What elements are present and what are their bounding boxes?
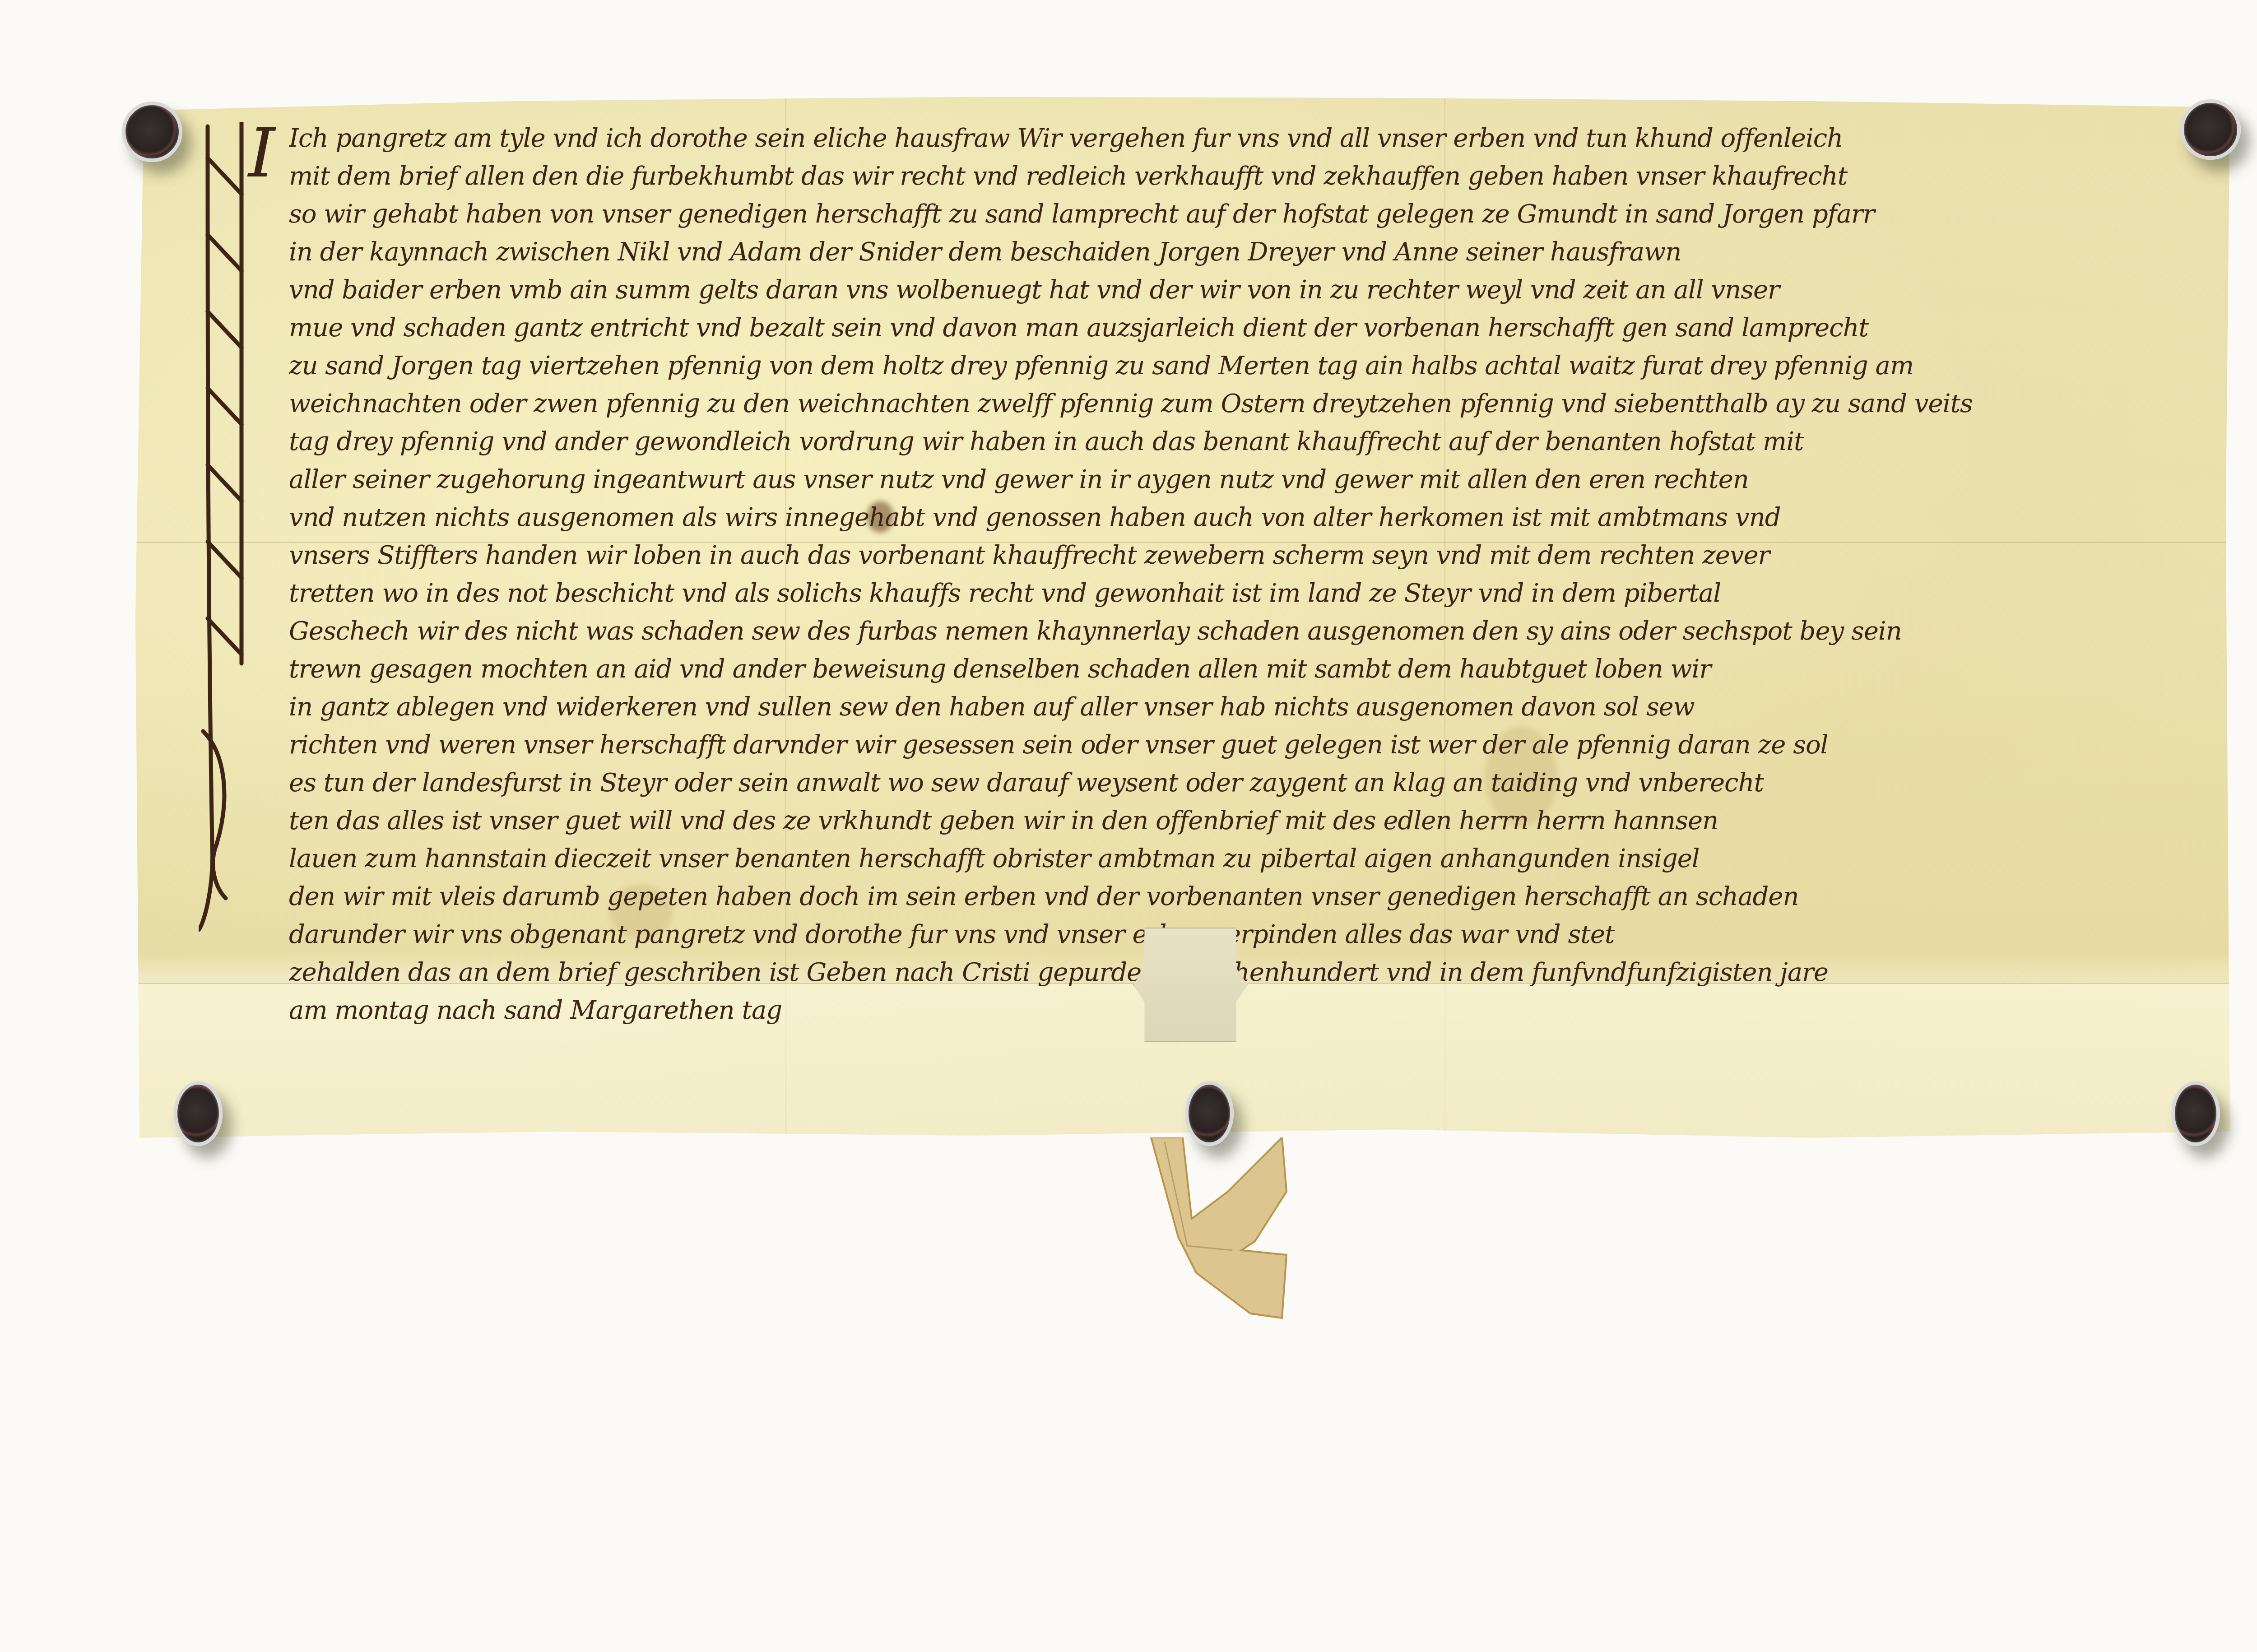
text-line: am montag nach sand Margarethen tag bbox=[289, 992, 2207, 1030]
scan-scene: I Ich pangretz am tyle vnd ich dorothe s… bbox=[0, 0, 2257, 1652]
mounting-pin-icon bbox=[1185, 1081, 1234, 1146]
text-line: weichnachten oder zwen pfennig zu den we… bbox=[289, 385, 2207, 423]
mounting-pin-icon bbox=[174, 1081, 223, 1146]
seal-ribbon-icon bbox=[1138, 1137, 1327, 1327]
text-line: den wir mit vleis darumb gepeten haben d… bbox=[289, 878, 2207, 916]
text-line: ten das alles ist vnser guet will vnd de… bbox=[289, 802, 2207, 840]
text-line: richten vnd weren vnser herschafft darvn… bbox=[289, 726, 2207, 764]
text-line: mue vnd schaden gantz entricht vnd bezal… bbox=[289, 309, 2207, 347]
text-line: in der kaynnach zwischen Nikl vnd Adam d… bbox=[289, 233, 2207, 271]
text-line: tretten wo in des not beschicht vnd als … bbox=[289, 575, 2207, 613]
text-line: trewn gesagen mochten an aid vnd ander b… bbox=[289, 650, 2207, 688]
text-line: vnd baider erben vmb ain summ gelts dara… bbox=[289, 271, 2207, 309]
mounting-pin-icon bbox=[2171, 1081, 2220, 1146]
mounting-pin-icon bbox=[122, 102, 182, 162]
seal-tag bbox=[1133, 928, 1248, 1042]
text-line: Ich pangretz am tyle vnd ich dorothe sei… bbox=[289, 120, 2207, 158]
decorated-initial: I bbox=[248, 120, 275, 187]
mounting-pin-icon bbox=[2180, 99, 2241, 160]
text-line: in gantz ablegen vnd widerkeren vnd sull… bbox=[289, 688, 2207, 726]
text-line: so wir gehabt haben von vnser genedigen … bbox=[289, 195, 2207, 233]
text-line: tag drey pfennig vnd ander gewondleich v… bbox=[289, 423, 2207, 461]
text-line: zu sand Jorgen tag viertzehen pfennig vo… bbox=[289, 347, 2207, 385]
text-line: aller seiner zugehorung ingeantwurt aus … bbox=[289, 461, 2207, 499]
text-line: lauen zum hannstain dieczeit vnser benan… bbox=[289, 840, 2207, 878]
text-line: es tun der landesfurst in Steyr oder sei… bbox=[289, 764, 2207, 802]
text-line: vnsers Stiffters handen wir loben in auc… bbox=[289, 537, 2207, 575]
text-line: vnd nutzen nichts ausgenomen als wirs in… bbox=[289, 499, 2207, 537]
text-line: zehalden das an dem brief geschriben ist… bbox=[289, 954, 2207, 992]
charter-text: I Ich pangretz am tyle vnd ich dorothe s… bbox=[289, 120, 2207, 1030]
text-line: mit dem brief allen den die furbekhumbt … bbox=[289, 158, 2207, 195]
text-line: Geschech wir des nicht was schaden sew d… bbox=[289, 613, 2207, 650]
text-line: darunder wir vns obgenant pangretz vnd d… bbox=[289, 916, 2207, 954]
margin-ornament-icon bbox=[199, 122, 253, 934]
